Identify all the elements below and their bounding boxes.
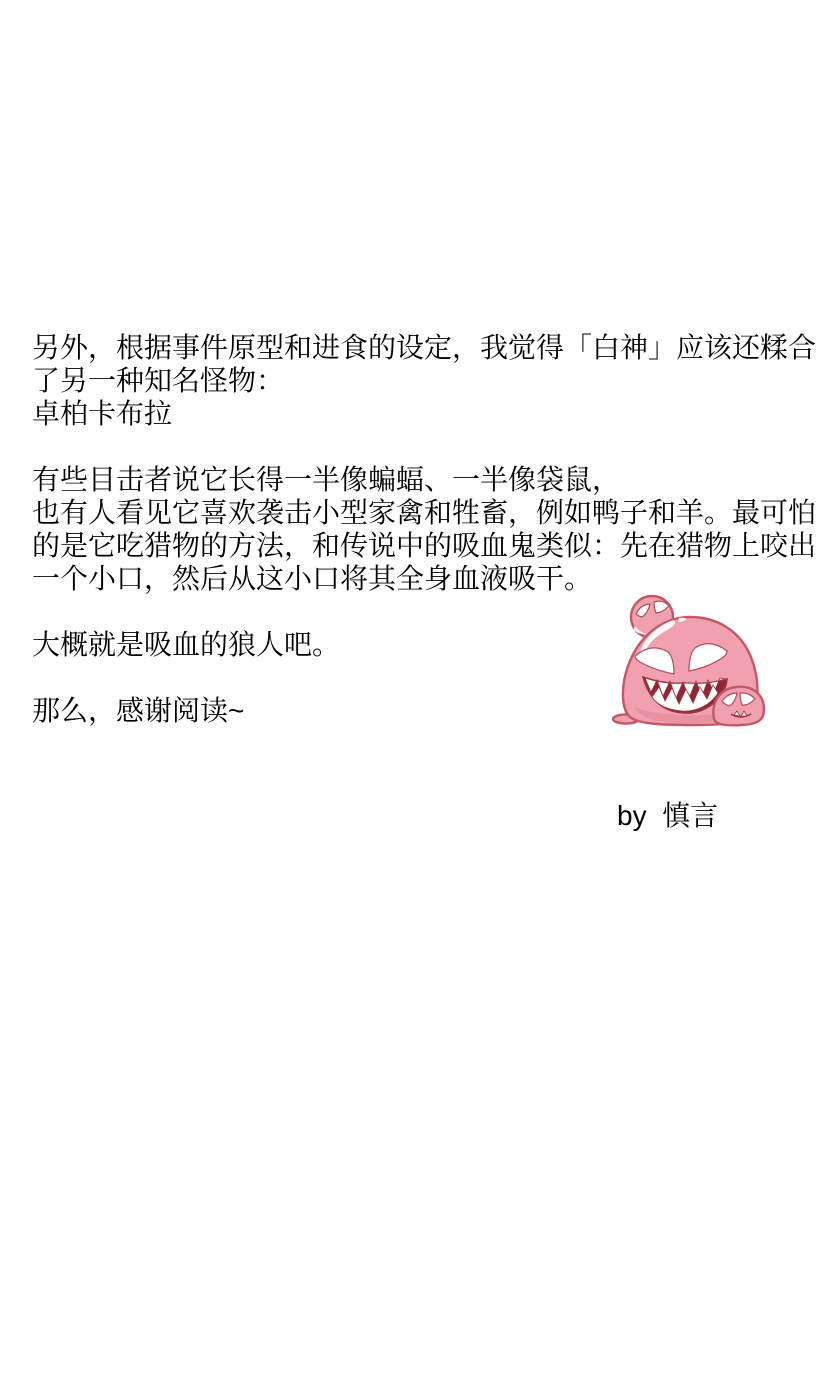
text-line: 卓柏卡布拉 <box>32 397 824 430</box>
text-line-blank <box>32 430 824 463</box>
page: 另外，根据事件原型和进食的设定，我觉得「白神」应该还糅合 了另一种知名怪物： 卓… <box>0 0 840 1400</box>
text-line: 的是它吃猎物的方法，和传说中的吸血鬼类似：先在猎物上咬出 <box>32 529 824 562</box>
author-signature: by 慎言 <box>617 799 718 832</box>
text-line: 也有人看见它喜欢袭击小型家禽和牲畜，例如鸭子和羊。最可怕 <box>32 496 824 529</box>
small-slime-bottom-body <box>713 687 764 726</box>
text-line: 有些目击者说它长得一半像蝙蝠、一半像袋鼠， <box>32 463 824 496</box>
text-line: 另外，根据事件原型和进食的设定，我觉得「白神」应该还糅合 <box>32 331 824 364</box>
small-slime-bottom <box>713 687 764 726</box>
text-line: 了另一种知名怪物： <box>32 364 824 397</box>
pink-slime-illustration <box>610 586 778 738</box>
